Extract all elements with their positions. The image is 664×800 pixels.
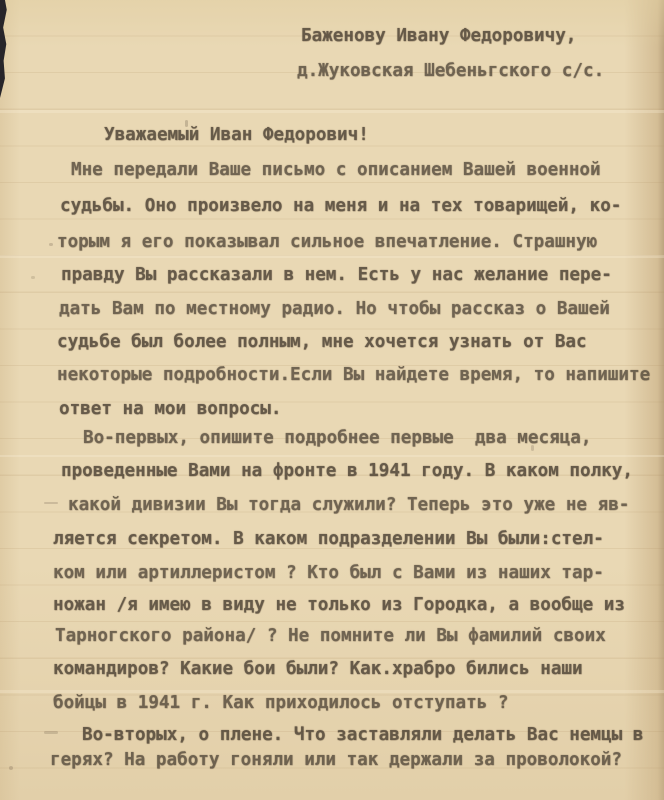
body-line: бойцы в 1941 г. Как приходилось отступат… (53, 695, 508, 713)
body-line: Во-вторых, о плене. Что заставляли делат… (82, 727, 643, 745)
salutation-line: Уважаемый Иван Федорович! (104, 127, 369, 145)
body-line: торым я его показывал сильное впечатлени… (57, 234, 597, 252)
body-line: Во-первых, опишите подробнее первые два … (83, 430, 591, 448)
body-line: правду Вы рассказали в нем. Есть у нас ж… (61, 267, 612, 285)
body-line: командиров? Какие бои были? Как.храбро б… (53, 661, 583, 679)
body-line: ляется секретом. В каком подразделении В… (53, 531, 604, 549)
body-line: ответ на мои вопросы. (59, 401, 281, 419)
body-line: герях? На работу гоняли или так держали … (50, 752, 622, 770)
body-line: Мне передали Ваше письмо с описанием Ваш… (71, 162, 601, 180)
letter-text-layer: Баженову Ивану Федоровичу,д.Жуковская Ше… (0, 0, 664, 800)
body-line: Тарногского района/ ? Не помните ли Вы ф… (55, 628, 606, 646)
letter-page: Баженову Ивану Федоровичу,д.Жуковская Ше… (0, 0, 664, 800)
body-line: проведенные Вами на фронте в 1941 году. … (61, 463, 633, 481)
body-line: ножан /я имею в виду не только из Городк… (53, 597, 625, 615)
recipient-line: Баженову Ивану Федоровичу, (301, 28, 576, 46)
body-line: судьбе был более полным, мне хочется узн… (57, 334, 587, 352)
recipient-line: д.Жуковская Шебеньгского с/с. (297, 63, 604, 81)
body-line: дать Вам по местному радио. Но чтобы рас… (59, 301, 610, 319)
body-line: ком или артиллеристом ? Кто был с Вами и… (53, 565, 604, 583)
body-line: судьбы. Оно произвело на меня и на тех т… (60, 198, 621, 216)
body-line: какой дивизии Вы тогда служили? Теперь э… (68, 497, 629, 515)
body-line: некоторые подробности.Если Вы найдете вр… (57, 367, 650, 385)
